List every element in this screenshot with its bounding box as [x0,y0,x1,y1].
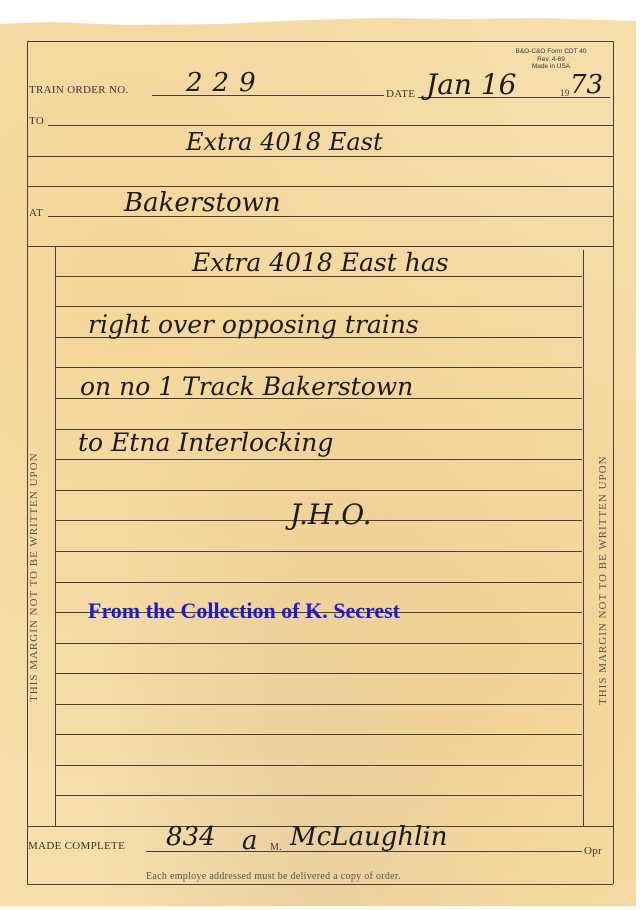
date-label: DATE [386,88,415,100]
right-margin-notice: THIS MARGIN NOT TO BE WRITTEN UPON [597,455,609,705]
to-value[interactable]: Extra 4018 East [186,128,383,156]
order-line-2[interactable]: right over opposing trains [88,310,419,339]
ruled-line [56,306,582,307]
ruled-line [56,734,582,735]
ruled-line [56,367,582,368]
form-number: B&O-C&O Form CDT 40 [496,48,606,56]
year-suffix[interactable]: 73 [570,70,603,100]
to-line-3 [27,186,613,187]
operator-signature[interactable]: McLaughlin [290,822,447,852]
to-underline [48,125,613,126]
at-label: AT [29,207,43,219]
made-complete-label: MADE COMPLETE [28,840,125,852]
ruled-line [56,490,582,491]
ruled-line [56,765,582,766]
ruled-line [56,643,582,644]
outer-box-right [613,41,614,865]
date-value[interactable]: Jan 16 [426,68,516,101]
outer-box-top [27,41,613,42]
train-order-number[interactable]: 229 [186,68,266,98]
ruled-line [56,795,582,796]
order-line-1[interactable]: Extra 4018 East has [192,248,449,277]
ruled-line [56,582,582,583]
inner-box-left [55,246,56,826]
inner-box-top [27,246,613,247]
at-value[interactable]: Bakerstown [124,188,281,218]
order-line-4[interactable]: to Etna Interlocking [78,428,333,457]
outer-box-bottom [27,884,613,885]
form-revision: Rev. 4-69 [496,56,606,64]
train-order-label: TRAIN ORDER NO. [29,84,129,96]
order-line-3[interactable]: on no 1 Track Bakerstown [80,372,413,401]
footer-right [613,826,614,884]
collection-watermark: From the Collection of K. Secrest [88,598,400,624]
ruled-line [56,673,582,674]
ruled-line [56,459,582,460]
ruled-line [56,704,582,705]
dispatcher-initials[interactable]: J.H.O. [290,498,371,531]
to-line-2 [27,156,613,157]
delivery-notice: Each employe addressed must be delivered… [146,871,401,882]
made-complete-am[interactable]: a [242,826,258,856]
ruled-line [56,551,582,552]
to-label: TO [29,115,44,127]
footer-left [27,826,28,884]
made-complete-time[interactable]: 834 [166,822,216,852]
year-prefix: 19 [560,88,570,98]
m-label: M. [270,842,282,853]
inner-box-right [583,250,584,826]
opr-label: Opr [584,845,602,857]
left-margin-notice: THIS MARGIN NOT TO BE WRITTEN UPON [28,452,40,702]
